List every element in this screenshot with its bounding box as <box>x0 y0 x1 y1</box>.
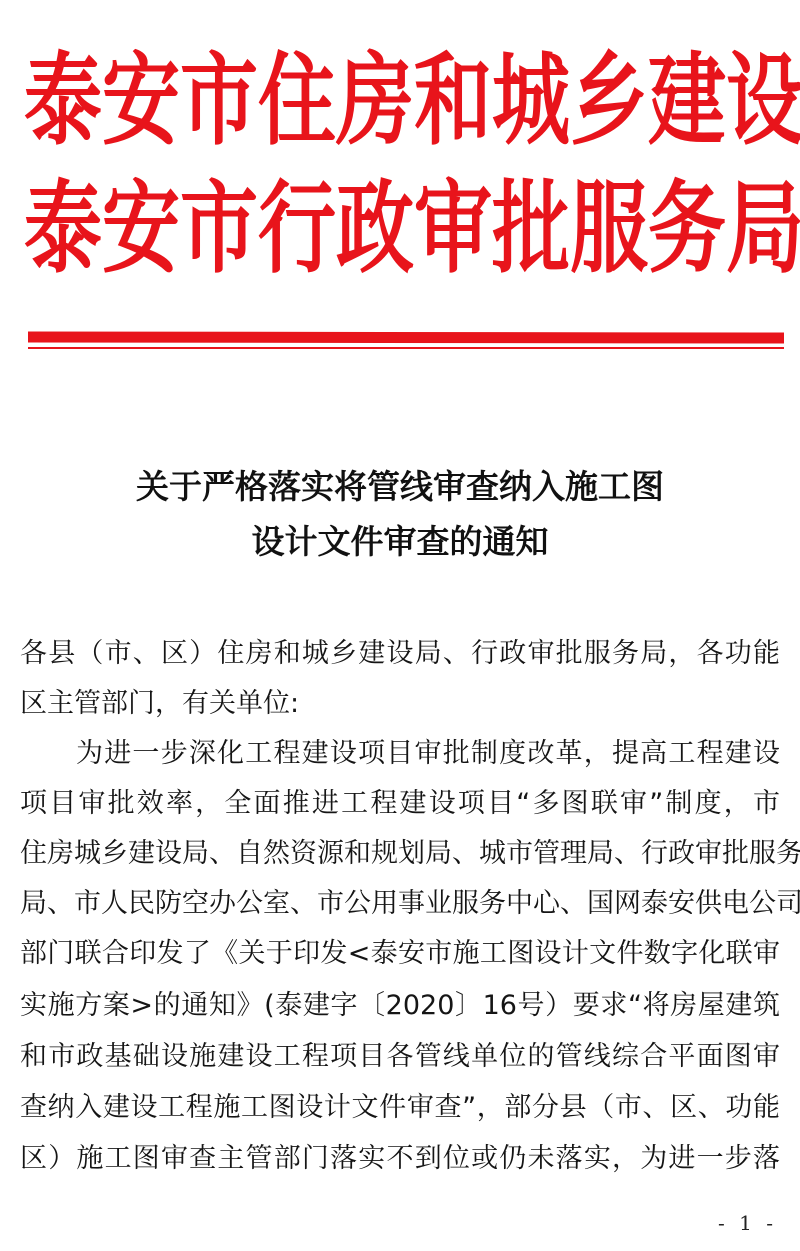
addressee-line: 区主管部门，有关单位: <box>20 690 780 717</box>
letterhead-divider-thin <box>28 347 784 349</box>
letterhead-divider-thick <box>28 331 784 343</box>
document-title-line-1: 关于严格落实将管线审查纳入施工图 <box>0 470 800 503</box>
body-line: 区）施工图审查主管部门落实不到位或仍未落实，为进一步落 <box>20 1145 780 1172</box>
letterhead-org-2: 泰安市行政审批服务局 <box>24 180 782 280</box>
body-line: 和市政基础设施建设工程项目各管线单位的管线综合平面图审 <box>20 1043 780 1070</box>
body-line: 实施方案>的通知》(泰建字〔2020〕16号）要求“将房屋建筑 <box>20 992 780 1019</box>
body-line: 局、市人民防空办公室、市公用事业服务中心、国网泰安供电公司等 <box>20 890 780 917</box>
body-line: 为进一步深化工程建设项目审批制度改革，提高工程建设 <box>76 740 780 767</box>
body-line: 住房城乡建设局、自然资源和规划局、城市管理局、行政审批服务 <box>20 840 780 867</box>
letterhead-org-1: 泰安市住房和城乡建设局 <box>24 52 782 152</box>
page-number: - 1 - <box>718 1211 777 1235</box>
body-line: 项目审批效率，全面推进工程建设项目“多图联审”制度，市 <box>20 790 780 817</box>
body-line: 部门联合印发了《关于印发<泰安市施工图设计文件数字化联审 <box>20 940 780 967</box>
body-line: 查纳入建设工程施工图设计文件审查”，部分县（市、区、功能 <box>20 1094 780 1121</box>
document-title-line-2: 设计文件审查的通知 <box>0 525 800 558</box>
addressee-line: 各县（市、区）住房和城乡建设局、行政审批服务局，各功能 <box>20 640 780 667</box>
